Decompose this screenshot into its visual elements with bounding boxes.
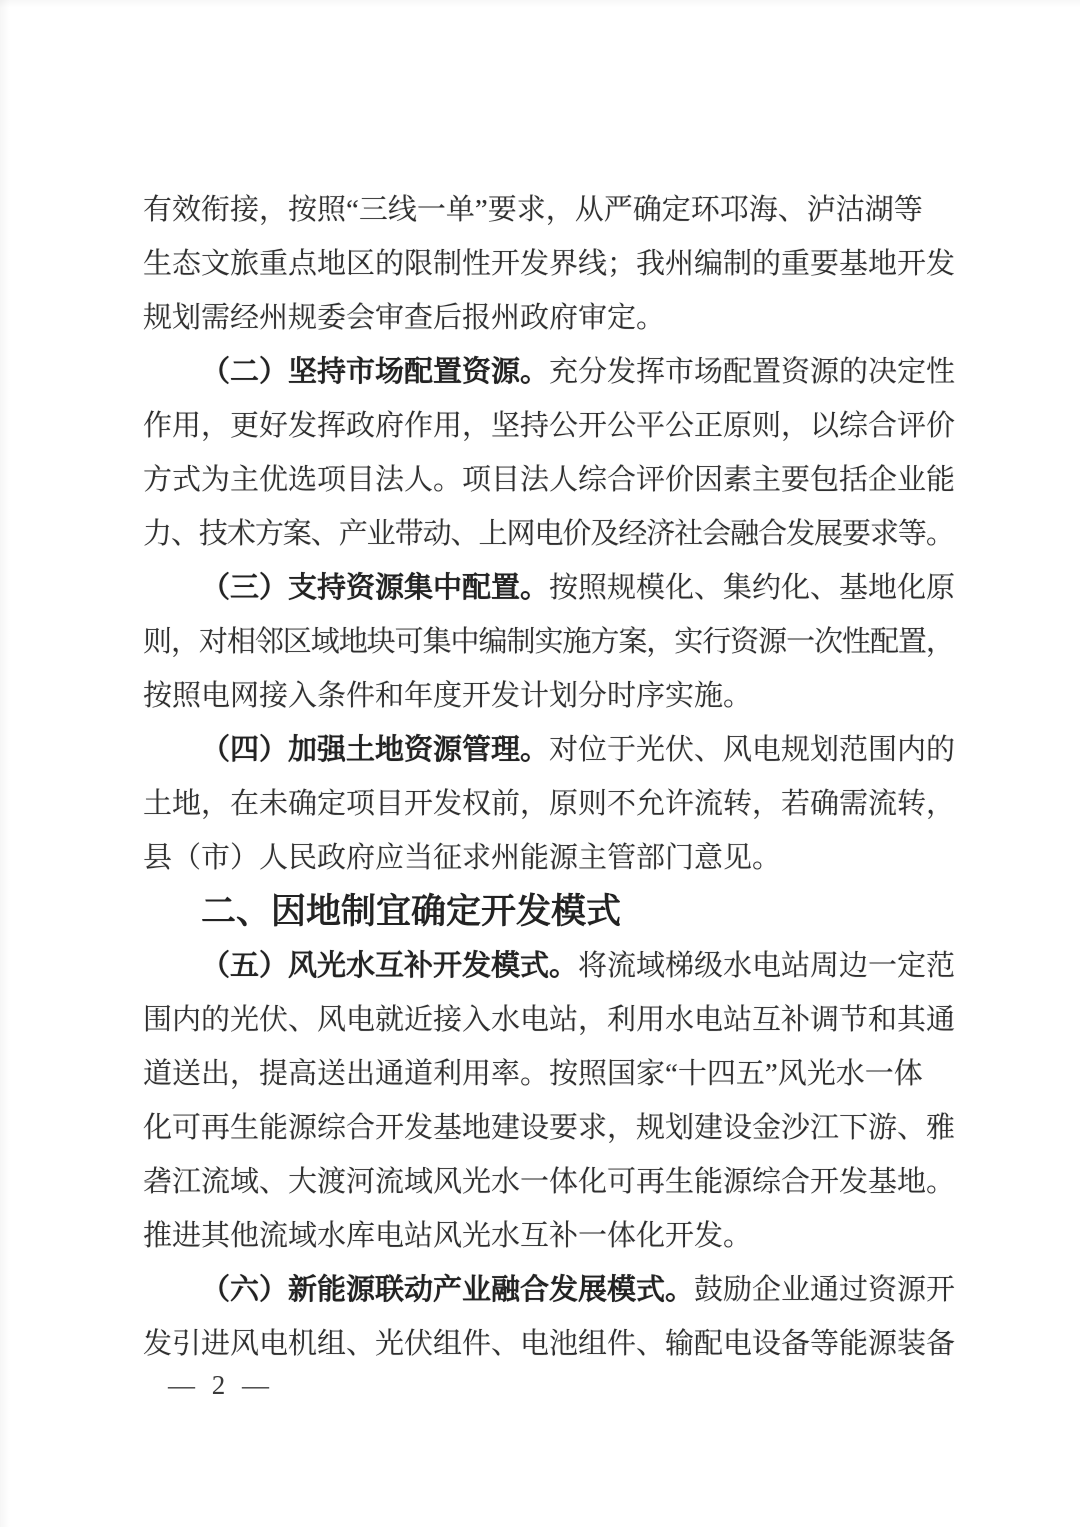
body-text-run: 县（市）人民政府应当征求州能源主管部门意见。 xyxy=(143,842,781,874)
paragraph-lead: （三）支持资源集中配置。 xyxy=(201,572,549,604)
body-text-run: 推进其他流域水库电站风光水互补一体化开发。 xyxy=(143,1220,752,1252)
body-text-run: 力、技术方案、产业带动、上网电价及经济社会融合发展要求等。 xyxy=(143,518,954,550)
document-body: 有效衔接，按照“三线一单”要求，从严确定环邛海、泸沽湖等生态文旅重点地区的限制性… xyxy=(143,183,955,1371)
body-text-run: 鼓励企业通过资源开 xyxy=(694,1274,955,1306)
text-line: 按照电网接入条件和年度开发计划分时序实施。 xyxy=(143,669,955,723)
paragraph-lead: （五）风光水互补开发模式。 xyxy=(201,950,578,982)
body-text-run: 规划需经州规委会审查后报州政府审定。 xyxy=(143,302,665,334)
body-text-run: 则，对相邻区域地块可集中编制实施方案，实行资源一次性配置， xyxy=(143,626,954,658)
text-line: 县（市）人民政府应当征求州能源主管部门意见。 xyxy=(143,831,955,885)
page-number: — 2 — xyxy=(168,1358,269,1412)
body-text-run: 围内的光伏、风电就近接入水电站，利用水电站互补调节和其通 xyxy=(143,1004,955,1036)
body-text-run: 充分发挥市场配置资源的决定性 xyxy=(549,356,955,388)
body-text-run: 有效衔接，按照“三线一单”要求，从严确定环邛海、泸沽湖等 xyxy=(143,194,923,226)
body-text-run: 作用，更好发挥政府作用，坚持公开公平公正原则，以综合评价 xyxy=(143,410,955,442)
body-text-run: 方式为主优选项目法人。项目法人综合评价因素主要包括企业能 xyxy=(143,464,955,496)
document-page: 有效衔接，按照“三线一单”要求，从严确定环邛海、泸沽湖等生态文旅重点地区的限制性… xyxy=(0,0,1080,1527)
text-line: （六）新能源联动产业融合发展模式。鼓励企业通过资源开 xyxy=(143,1263,955,1317)
text-line: （五）风光水互补开发模式。将流域梯级水电站周边一定范 xyxy=(143,939,955,993)
paragraph-lead: （二）坚持市场配置资源。 xyxy=(201,356,549,388)
heading-text: 二、因地制宜确定开发模式 xyxy=(201,892,621,931)
body-text-run: 发引进风电机组、光伏组件、电池组件、输配电设备等能源装备 xyxy=(143,1328,955,1360)
text-line: 围内的光伏、风电就近接入水电站，利用水电站互补调节和其通 xyxy=(143,993,955,1047)
body-text-run: 土地，在未确定项目开发权前，原则不允许流转，若确需流转， xyxy=(143,788,955,820)
body-text-run: 道送出，提高送出通道利用率。按照国家“十四五”风光水一体 xyxy=(143,1058,923,1090)
text-line: 砻江流域、大渡河流域风光水一体化可再生能源综合开发基地。 xyxy=(143,1155,955,1209)
text-line: 规划需经州规委会审查后报州政府审定。 xyxy=(143,291,955,345)
text-line: 有效衔接，按照“三线一单”要求，从严确定环邛海、泸沽湖等 xyxy=(143,183,955,237)
text-line: 力、技术方案、产业带动、上网电价及经济社会融合发展要求等。 xyxy=(143,507,955,561)
text-line: 化可再生能源综合开发基地建设要求，规划建设金沙江下游、雅 xyxy=(143,1101,955,1155)
body-text-run: 生态文旅重点地区的限制性开发界线；我州编制的重要基地开发 xyxy=(143,248,955,280)
text-line: （三）支持资源集中配置。按照规模化、集约化、基地化原 xyxy=(143,561,955,615)
text-line: 生态文旅重点地区的限制性开发界线；我州编制的重要基地开发 xyxy=(143,237,955,291)
body-text-run: 化可再生能源综合开发基地建设要求，规划建设金沙江下游、雅 xyxy=(143,1112,955,1144)
text-line: 道送出，提高送出通道利用率。按照国家“十四五”风光水一体 xyxy=(143,1047,955,1101)
paragraph-lead: （四）加强土地资源管理。 xyxy=(201,734,549,766)
text-line: 方式为主优选项目法人。项目法人综合评价因素主要包括企业能 xyxy=(143,453,955,507)
text-line: （四）加强土地资源管理。对位于光伏、风电规划范围内的 xyxy=(143,723,955,777)
body-text-run: 砻江流域、大渡河流域风光水一体化可再生能源综合开发基地。 xyxy=(143,1166,955,1198)
body-text-run: 对位于光伏、风电规划范围内的 xyxy=(549,734,955,766)
text-line: 则，对相邻区域地块可集中编制实施方案，实行资源一次性配置， xyxy=(143,615,955,669)
section-heading: 二、因地制宜确定开发模式 xyxy=(143,885,955,939)
text-line: 土地，在未确定项目开发权前，原则不允许流转，若确需流转， xyxy=(143,777,955,831)
body-text-run: 按照电网接入条件和年度开发计划分时序实施。 xyxy=(143,680,752,712)
text-line: （二）坚持市场配置资源。充分发挥市场配置资源的决定性 xyxy=(143,345,955,399)
text-line: 推进其他流域水库电站风光水互补一体化开发。 xyxy=(143,1209,955,1263)
paragraph-lead: （六）新能源联动产业融合发展模式。 xyxy=(201,1274,694,1306)
body-text-run: 将流域梯级水电站周边一定范 xyxy=(578,950,955,982)
body-text-run: 按照规模化、集约化、基地化原 xyxy=(549,572,955,604)
text-line: 作用，更好发挥政府作用，坚持公开公平公正原则，以综合评价 xyxy=(143,399,955,453)
